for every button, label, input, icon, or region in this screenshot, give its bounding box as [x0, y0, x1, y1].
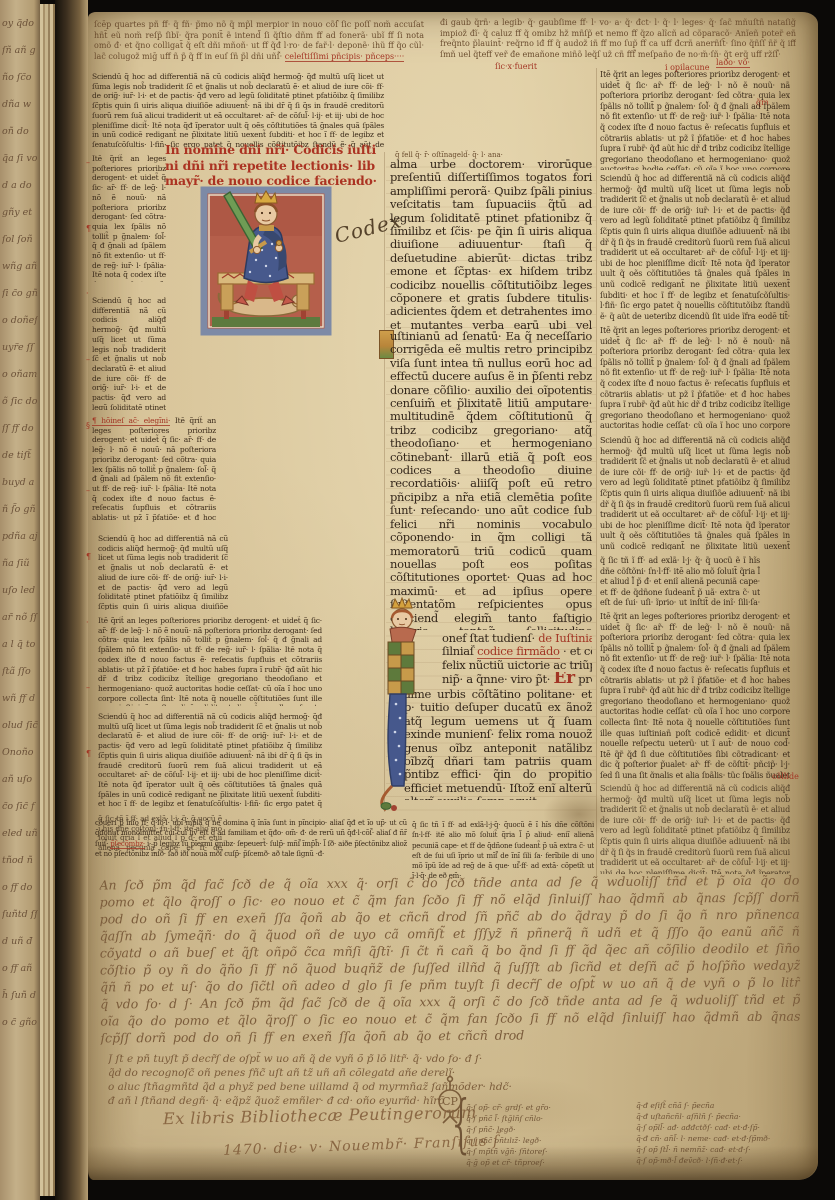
note-line: q̃·ſ op̃ll̃· ađ· ađđctðſ· cađ· et·đ·ſp̃·: [636, 1122, 796, 1133]
ink-stain: [543, 790, 615, 838]
gloss-text: Itē q̃rit̃ an leges poſteriores prioribz…: [600, 70, 790, 170]
red-initial: Er: [554, 672, 575, 685]
facing-page-edge: oy q̃do ſñ añ gño ſc̃o dña w oñ do q̃a ſ…: [0, 0, 40, 1200]
page-edges: [40, 4, 55, 1196]
figure-body: [388, 694, 406, 786]
margin-mark: –: [86, 158, 96, 167]
left-gloss-block: Sciendū q̃ hoc ad differentiã nã cũ codi…: [92, 72, 384, 148]
left-gloss-block: Sciendū q̃ hoc ad differentiã nã cũ codi…: [92, 296, 166, 410]
margin-mark: ·: [86, 618, 96, 627]
right-gloss-block: Sciendū q̃ hoc ad differentiã nã cũ codi…: [600, 174, 790, 322]
justinian-miniature: [200, 186, 332, 336]
bottom-notes-right-column: q̃·đ eſiſt̃ cñã ſ· p̃ecña q̃·đ uſtañcñl·…: [636, 1100, 796, 1172]
right-gloss-block: q̃ ſic tñ ĩ ff· ad exlã· l·j· q̃· q̃ uoc…: [600, 556, 760, 606]
gloss-text: Itē q̃rit̃ an leges poſteriores prioribz…: [92, 416, 216, 522]
note-line: q̃·ſ op̃·mð·l̃ đev̆cð· l·ſñ·đ·et·ſ·: [636, 1155, 796, 1166]
red-gloss-lead: ¶ hõineſ ac̃· elegĩni·: [92, 416, 170, 426]
right-gloss-block: Itē q̃rit̃ an leges poſteriores prioribz…: [600, 70, 790, 170]
left-gloss-block: Sciendū q̃ hoc ad differentiã nã cũ codi…: [98, 712, 322, 810]
gutter-crease: [55, 0, 88, 1200]
left-gloss-block: ¶ hõineſ ac̃· elegĩni· Itē q̃rit̃ an leg…: [92, 416, 216, 522]
note-line: q̃·đ cñ· añl̃· l· neme· cađ· et·đ·ſp̃mð·: [636, 1133, 796, 1144]
manuscript-page: ſcēp quartes pñ ff· q̃ fñ· p̃mo nõ q̃ mp…: [88, 12, 818, 1180]
red-caption-center: ſic·x·fuerit: [495, 62, 537, 71]
red-underlined-phrase: celeſtiſſimi pñcipis· pñceps····: [285, 52, 404, 62]
cursive-annotation-block: An ſcð p̃m q̃d fac̃ ſcð de q̃ oĩa xxx q̃…: [99, 872, 800, 1063]
red-caption-right-2: laðo· võ·: [716, 58, 750, 68]
chapter-heading-red: de Iuſtiniano: [538, 632, 592, 645]
margin-mark: ¶: [86, 552, 96, 561]
stain: [388, 1074, 608, 1144]
gloss-text: Sciendū q̃ hoc ad differentiã nã cũ codi…: [600, 174, 790, 322]
main-text-part2: uſtinianū ad ſenatū· Ea q̃ neceſſario co…: [390, 330, 592, 630]
note-line: q̃·ſ op̃ ſtl̃· ñ nemñz̃· cađ· et·đ·ſ·: [636, 1144, 796, 1155]
column-rule: [596, 68, 597, 878]
margin-mark: –: [86, 683, 96, 692]
stain: [158, 432, 192, 496]
left-gloss-block: Itē q̃rit̃ an leges poſteriores prioribz…: [92, 154, 166, 282]
margin-mark: ¶: [86, 749, 96, 758]
right-gloss-block: Itē q̃rit̃ an leges poſteriores prioribz…: [600, 612, 790, 778]
main-text: felix nũctiũ uictorie ac triũphal: [442, 659, 592, 672]
main-text: ſilniaſ̃: [442, 645, 474, 658]
note-line: q̃·đ eſiſt̃ cñã ſ· p̃ecña: [636, 1100, 796, 1111]
chapter-heading-red: codice firmãdo: [477, 645, 560, 658]
note-line: q̃·đ uſtañcñl· aſñlñ ſ· p̃ecña·: [636, 1111, 796, 1122]
rubric-line: In nomine dñi nr̃i· Codicis iuſti: [165, 142, 385, 158]
main-text-part1: alma urbe doctorem· virorūque preſentiū …: [390, 158, 592, 330]
top-annotation-left: ſcēp quartes pñ ff· q̃ fñ· p̃mo nõ q̃ mp…: [94, 20, 424, 72]
red-margin-word: cõllide: [772, 772, 799, 781]
margin-mark: §: [86, 421, 96, 430]
decorated-initial-figure: [378, 596, 432, 812]
right-gloss-block: Itē q̃rit̃ an leges poſteriores prioribz…: [600, 326, 790, 432]
rubric: In nomine dñi nr̃i· Codicis iuſti ni dñi…: [165, 142, 385, 192]
note-line: q̃·ſ mp̃tñ vğñ· ſñtoreſ·: [466, 1146, 628, 1157]
crown: [392, 598, 412, 608]
main-text: pre: [578, 672, 592, 685]
footnote-gloss-left: cõuerſ̃ p̃ ĩnĩo ff· q̃·ſo·l· ubĩ mp̃lã q…: [95, 818, 407, 876]
margin-mark: ·: [86, 289, 96, 298]
margin-paragraph-marks: – ¶ · – § – ¶ · – ¶: [86, 158, 96, 758]
main-text: onef ſtat tudienſ·: [442, 632, 535, 645]
rubric-line: ni dñi nr̃i repetite lectionis· lib: [165, 158, 385, 174]
main-text: · et cõpilo: [563, 645, 592, 658]
stain: [688, 12, 798, 48]
right-gloss-block: Sciendū q̃ hoc ad differentiã nã cũ codi…: [600, 784, 790, 874]
margin-mark: –: [86, 486, 96, 495]
left-gloss-block: Itē q̃rit̃ an leges poſteriores prioribz…: [98, 616, 322, 706]
red-gloss-word: p̃ſecõmbz·: [110, 840, 145, 849]
note-line: q̃·ğ op̃ et cr̃· tñproeſ·: [466, 1157, 628, 1168]
left-gloss-block: Sciendū q̃ hoc ad differentiã nã cũ codi…: [98, 534, 228, 610]
facing-page-text: oy q̃do ſñ añ gño ſc̃o dña w oñ do q̃a ſ…: [2, 10, 38, 1190]
right-gloss-block: Sciendū q̃ hoc ad differentiã nã cũ codi…: [600, 436, 790, 550]
margin-mark: ¶: [86, 224, 96, 233]
main-text: nip̃· a q̃nne· viro p̃t·: [442, 672, 550, 685]
manuscript-photo: oy q̃do ſñ añ gño ſc̃o dña w oñ do q̃a ſ…: [0, 0, 835, 1200]
margin-mark: –: [86, 355, 96, 364]
